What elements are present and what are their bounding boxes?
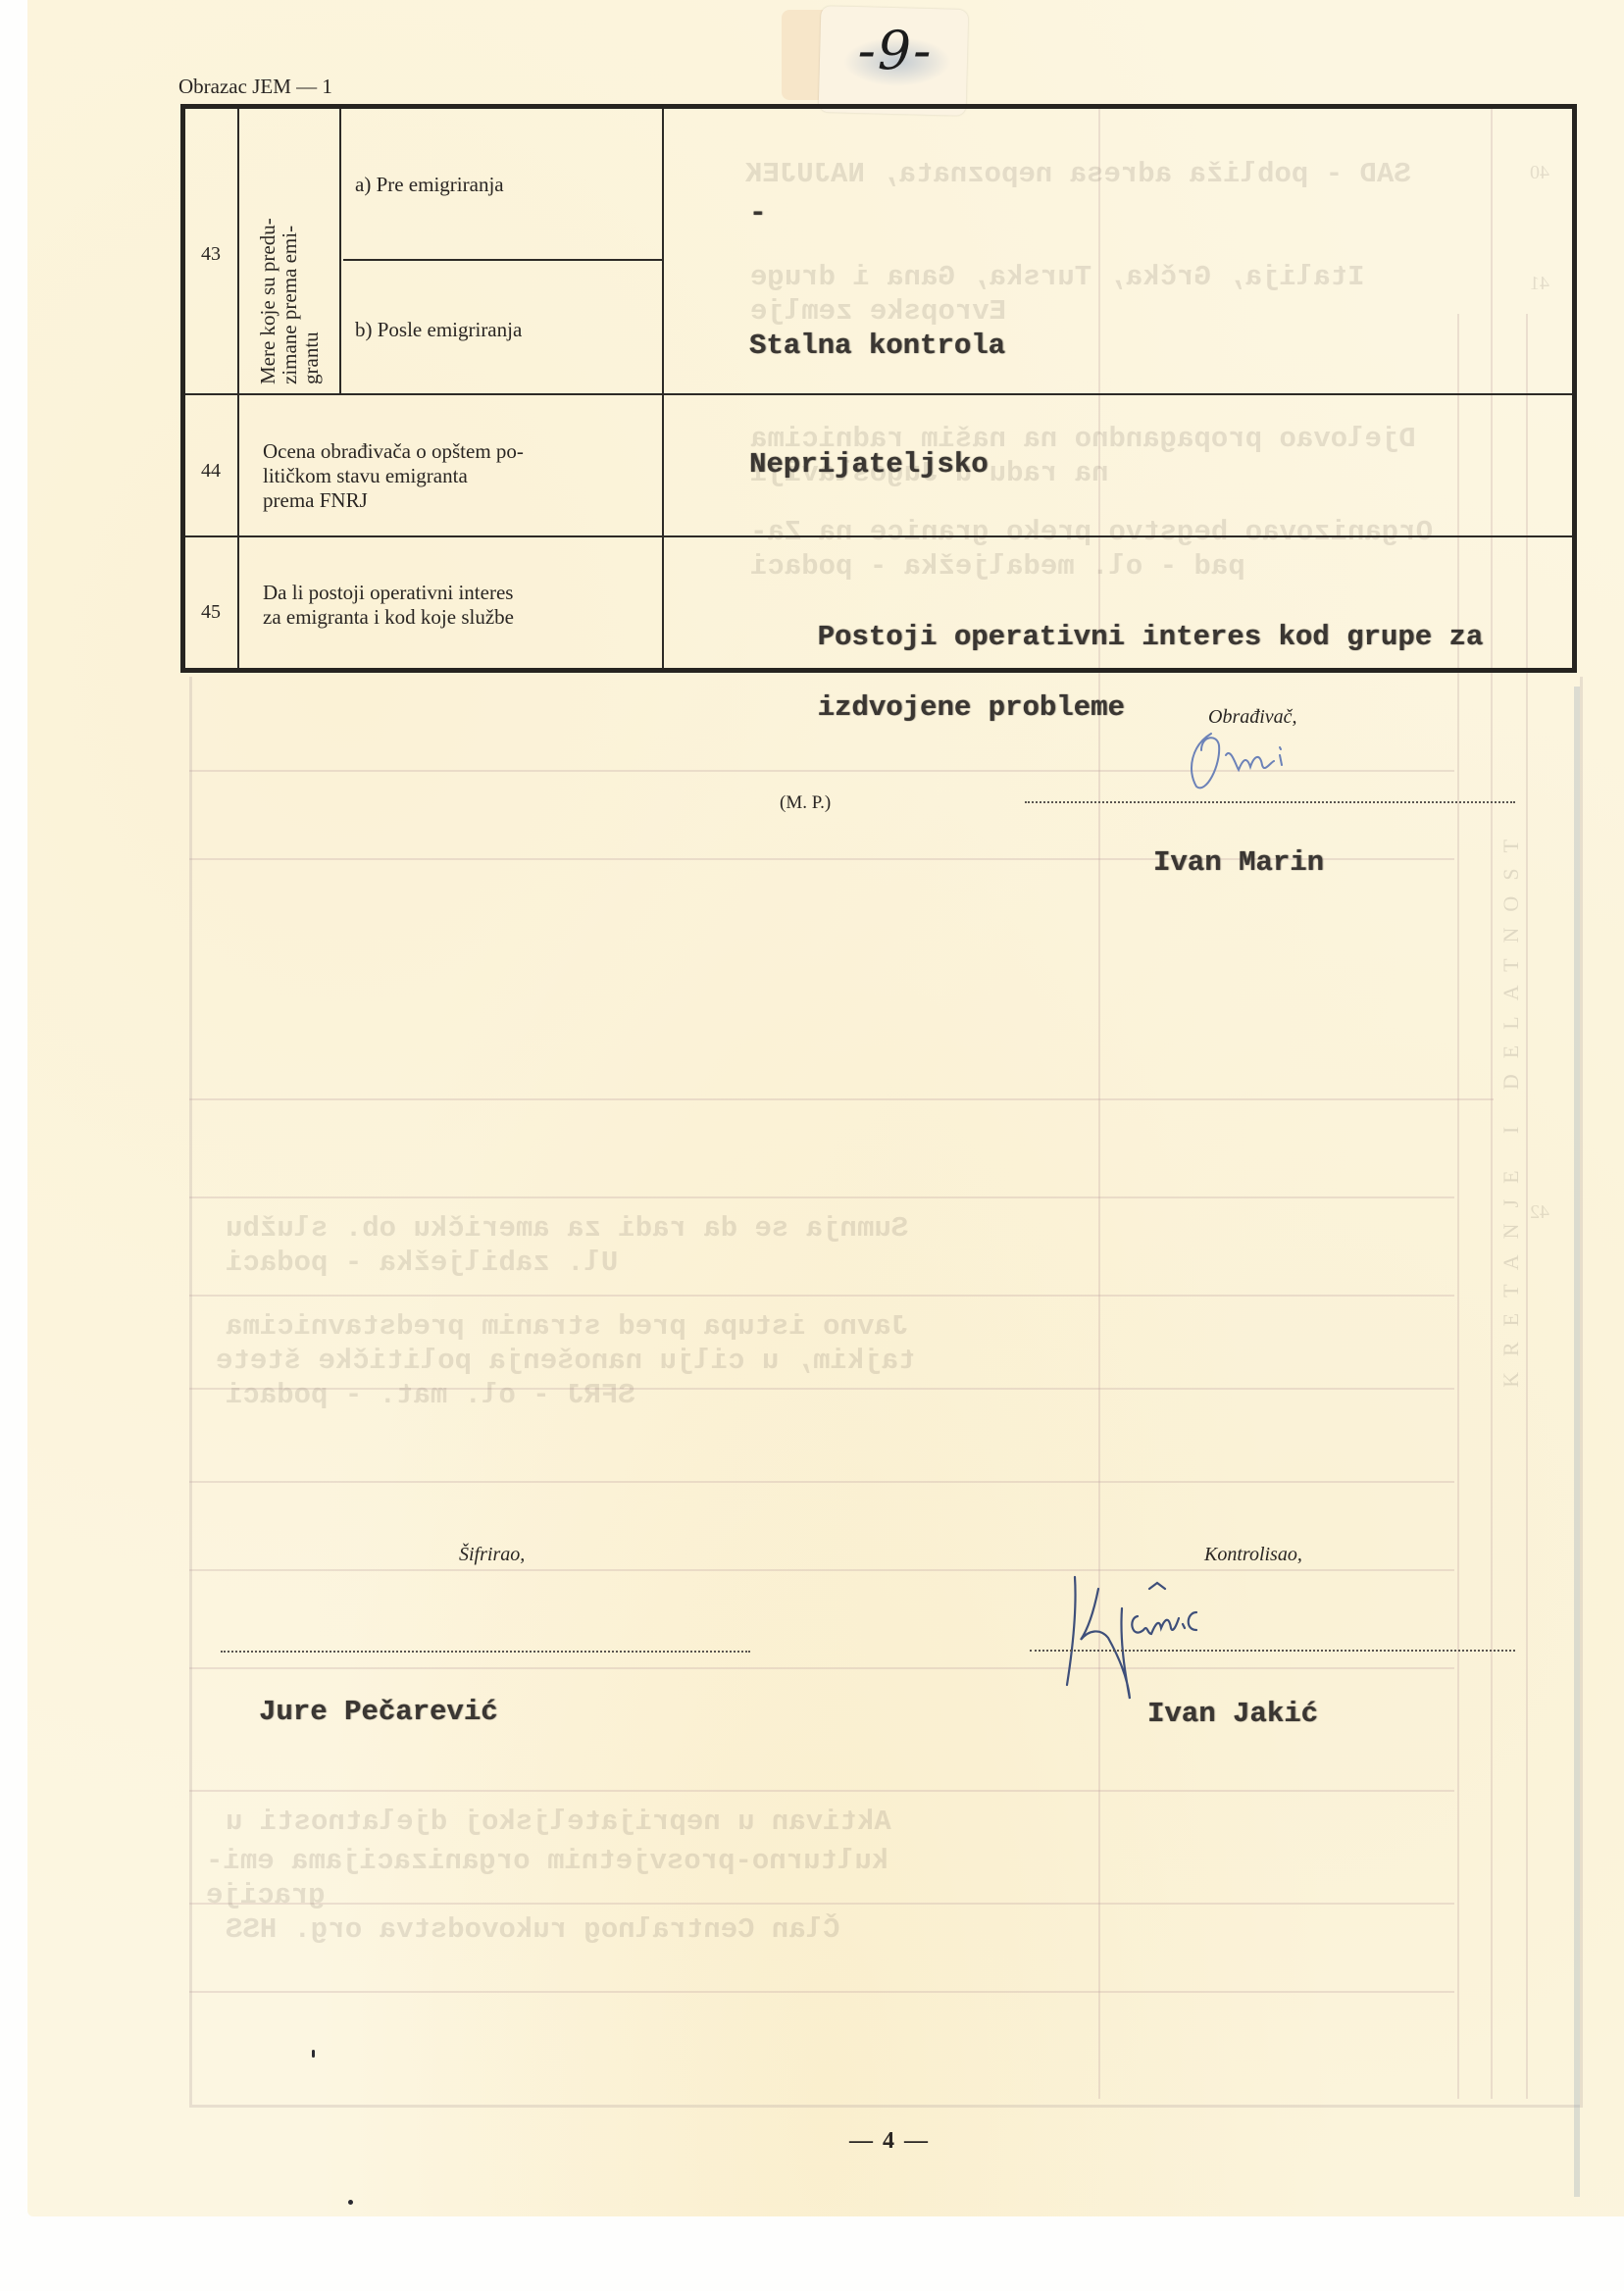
bleed-vertical-caption: KRETANJE I DELATNOST: [1498, 824, 1524, 1388]
bleed-text: kulturno-prosvjetnim organizacijama emi-: [206, 1844, 888, 1879]
bleed-line: [189, 1098, 1494, 1100]
row-divider: [185, 535, 1572, 537]
page-number: — 4 —: [849, 2128, 930, 2155]
column-divider: [339, 109, 341, 393]
row-number: 45: [183, 601, 238, 624]
row-value: Postoji operativni interes kod grupe za …: [749, 585, 1483, 761]
row-label-line: grantu: [299, 331, 323, 384]
archive-page-number: -9-: [822, 20, 969, 81]
row-label: Mere koje su predu- zimane prema emi- gr…: [257, 122, 322, 384]
row-divider: [343, 259, 662, 261]
processor-signature-line: [1025, 801, 1515, 803]
bleed-text: Javno istupa pred stranim predstavnicima: [226, 1309, 908, 1345]
controller-role-label: Kontrolisao,: [1204, 1544, 1302, 1566]
row-value-line: izdvojene probleme: [818, 691, 1125, 724]
controller-signature-line: [1030, 1650, 1515, 1652]
row-label: Ocena obrađivača o opštem po- litičkom s…: [263, 439, 524, 513]
bleed-line: [189, 1196, 1454, 1198]
row-label-line: Ocena obrađivača o opštem po-: [263, 439, 524, 463]
bleed-text: Aktivan u neprijateljskoj djelatnosti u: [226, 1805, 891, 1840]
bleed-text: Član Centralnog rukovodstva org. HSS: [226, 1912, 840, 1948]
row-value: Neprijateljsko: [749, 447, 989, 483]
row-label-line: Da li postoji operativni interes: [263, 581, 513, 604]
paper-speck: [312, 2050, 315, 2058]
bleed-line: [189, 1991, 1454, 1993]
form-identifier: Obrazac JEM — 1: [178, 75, 332, 99]
row-label-line: litičkom stavu emigranta: [263, 464, 468, 487]
column-divider: [662, 109, 664, 668]
row-number: 43: [183, 243, 238, 266]
bleed-text: tajkim, u cilju nanošenja političke štet…: [216, 1344, 916, 1379]
bleed-text: Sumnja se da radi za američku ob. službu: [226, 1211, 908, 1247]
paper-speck: [348, 2200, 353, 2205]
sub-row-label-before: a) Pre emigriranja: [355, 173, 504, 197]
row-value-line: Postoji operativni interes kod grupe za: [818, 621, 1484, 653]
encoder-role-label: Šifrirao,: [459, 1544, 525, 1566]
binding-strip: [1574, 687, 1580, 2197]
row-label-line: zimane prema emi-: [278, 226, 301, 384]
processor-handwritten-signature: [1182, 726, 1319, 794]
bleed-row-number: 42: [1530, 1201, 1549, 1224]
row-divider: [185, 393, 1572, 395]
processor-name: Ivan Marin: [1153, 845, 1324, 881]
row-label-line: za emigranta i kod koje službe: [263, 605, 514, 629]
bleed-text: SFRJ - ol. mat. - podaci: [226, 1378, 635, 1413]
stamp-placeholder: (M. P.): [780, 792, 831, 814]
sub-row-value-before: -: [749, 196, 766, 231]
bleed-line: [189, 1903, 1454, 1905]
bleed-line: [189, 1295, 1454, 1297]
controller-handwritten-signature: [1059, 1569, 1236, 1702]
encoder-name: Jure Pečarević: [259, 1695, 498, 1730]
bleed-line: [189, 1667, 1454, 1669]
sub-row-value-after: Stalna kontrola: [749, 329, 1005, 364]
bleed-line: [189, 1790, 1454, 1792]
row-number: 44: [183, 460, 238, 483]
bleed-line: [189, 1569, 1454, 1571]
row-label: Da li postoji operativni interes za emig…: [263, 581, 514, 630]
controller-name: Ivan Jakić: [1147, 1697, 1318, 1732]
row-label-line: prema FNRJ: [263, 488, 368, 512]
bleed-text: gracije: [206, 1878, 326, 1913]
sub-row-label-after: b) Posle emigriranja: [355, 318, 522, 342]
encoder-signature-line: [221, 1651, 750, 1653]
bleed-line: [189, 1481, 1454, 1483]
bleed-text: Ul. zabilježka - podaci: [226, 1246, 618, 1281]
column-divider: [237, 109, 239, 668]
row-label-line: Mere koje su predu-: [256, 218, 279, 384]
